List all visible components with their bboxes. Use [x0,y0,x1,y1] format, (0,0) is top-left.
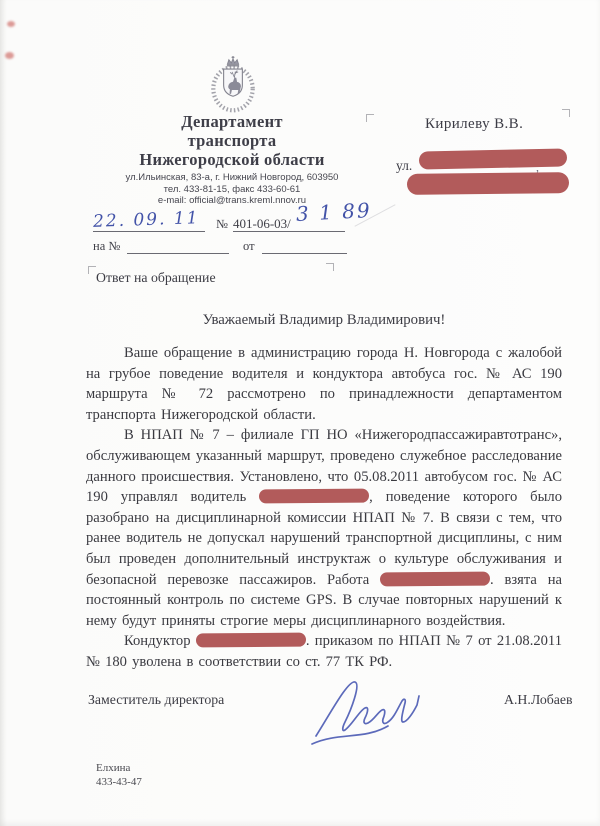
outgoing-number-printed: 401-06-03/ [233,216,291,232]
redaction-bar-inline [196,633,306,648]
org-name-line1: Департамент [82,112,382,131]
reply-to-label: на № [93,239,120,254]
body-paragraphs: Ваше обращение в администрацию города Н.… [86,343,562,673]
subject-line: Ответ на обращение [96,270,216,286]
scan-artifact-red-dot [7,21,15,27]
scan-artifact-red-dot [5,52,14,59]
body-paragraph: Кондуктор . приказом по НПАП № 7 от 21.0… [86,631,562,672]
recipient-name: Кирилеву В.В. [425,116,523,133]
from-underline [262,237,347,254]
signer-name: А.Н.Лобаев [504,692,573,708]
from-label: от [243,239,255,254]
signer-position-title: Заместитель директора [88,692,224,708]
recipient-address-prefix: ул. [396,158,412,174]
executor-block: Елхина 433-43-47 [96,762,142,789]
recipient-field-corner-right [562,109,570,117]
subject-field-corner-right [326,263,334,271]
letter-body: Уважаемый Владимир Владимирович! Ваше об… [86,312,562,673]
redaction-bar-address-1 [419,148,567,169]
recipient-field-corner-left [366,114,374,122]
outgoing-number-handwritten: 3 1 89 [295,198,372,226]
body-paragraph: Ваше обращение в администрацию города Н.… [86,343,562,425]
redaction-bar-inline [259,489,369,504]
redaction-bar-inline [380,571,490,586]
reply-to-underline [127,237,229,254]
subject-field-corner-left [88,266,96,274]
coat-of-arms-emblem [203,55,263,115]
org-address: ул.Ильинская, 83-а, г. Нижний Новгород, … [67,172,397,184]
executor-phone: 433-43-47 [96,776,142,790]
signature-ink-icon [308,668,440,750]
org-phone: тел. 433-81-15, факс 433-60-61 [67,184,397,196]
org-name-line2: транспорта [82,131,382,150]
number-sign-label: № [216,217,228,232]
org-name-line3: Нижегородской области [82,150,382,169]
deer-crest-icon [203,55,263,115]
body-paragraph: В НПАП № 7 – филиале ГП НО «Нижегородпас… [86,425,562,631]
org-name: Департамент транспорта Нижегородской обл… [82,112,382,169]
scanned-letter-page: Департамент транспорта Нижегородской обл… [0,0,600,826]
redaction-bar-address-2 [407,172,569,195]
salutation: Уважаемый Владимир Владимирович! [86,312,562,329]
executor-name: Елхина [96,762,142,776]
handwritten-signature [308,668,440,750]
outgoing-date-handwritten: 22. 09. 11 [93,208,200,232]
date-field-underline: 22. 09. 11 [93,208,205,232]
